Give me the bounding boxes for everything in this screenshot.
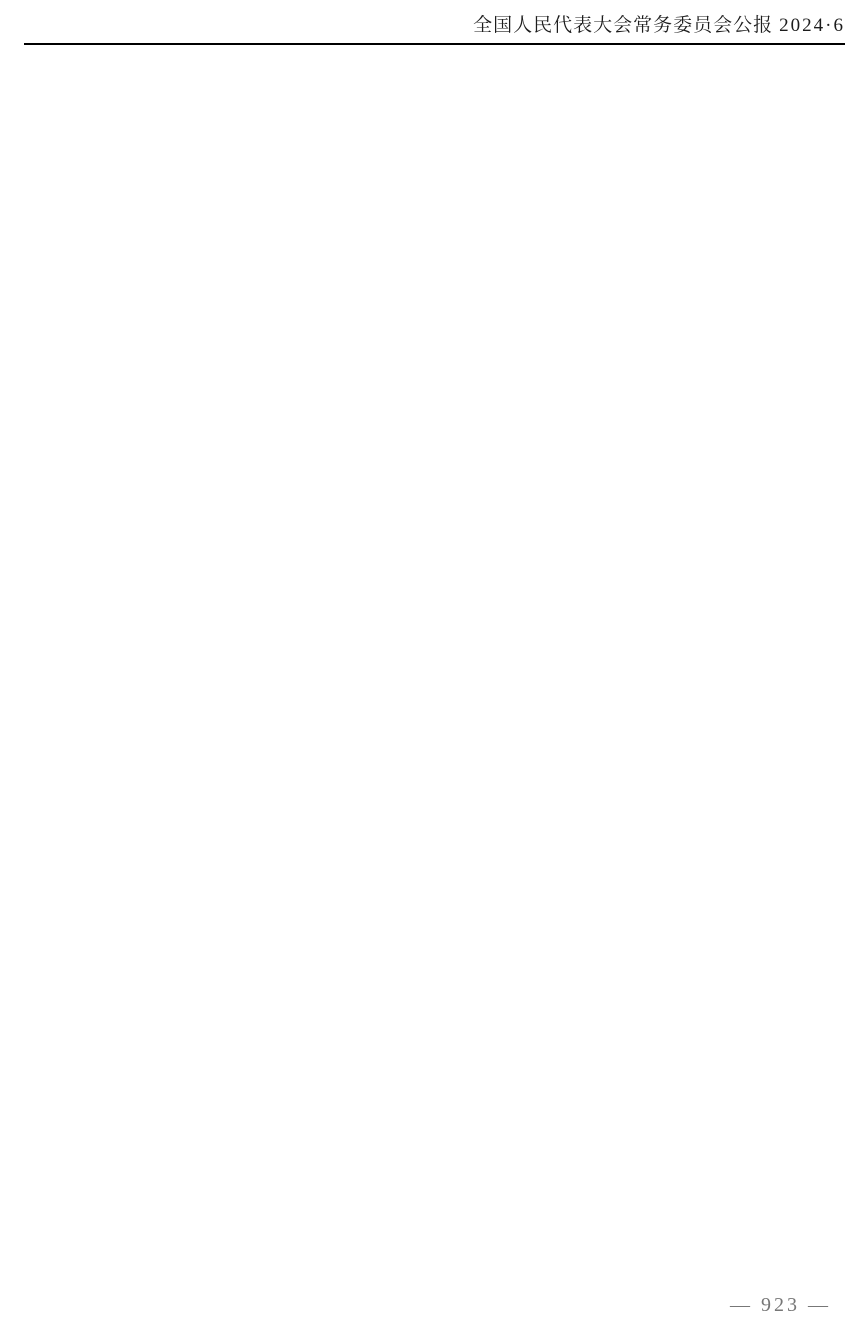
header-rule xyxy=(24,43,845,45)
header-issue: 2024·6 xyxy=(779,15,845,36)
right-column xyxy=(444,57,846,1285)
page-footer: — 923 — xyxy=(730,1294,831,1317)
header-title: 全国人民代表大会常务委员会公报 xyxy=(473,15,773,36)
document-page: 全国人民代表大会常务委员会公报2024·6 — 923 — xyxy=(0,0,867,1335)
page-number: — 923 — xyxy=(730,1294,831,1316)
page-header: 全国人民代表大会常务委员会公报2024·6 xyxy=(24,10,845,37)
text-columns xyxy=(24,57,845,1285)
left-column xyxy=(24,57,426,1285)
